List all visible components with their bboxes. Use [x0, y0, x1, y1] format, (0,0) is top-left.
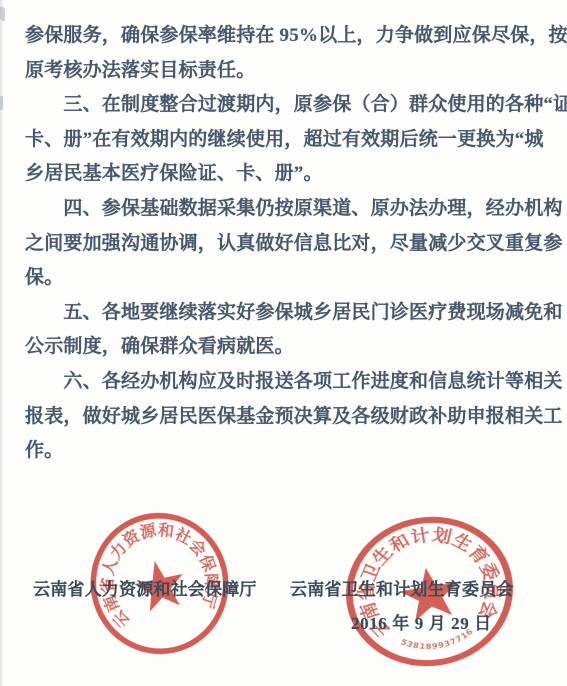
signature-date: 2016 年 9 月 29 日 [351, 609, 492, 634]
text-line: 参保服务，确保参保率维持在 95%以上，力争做到应保尽保，按照 [25, 19, 544, 54]
document-body: 参保服务，确保参保率维持在 95%以上，力争做到应保尽保，按照 原考核办法落实目… [25, 19, 544, 469]
text-line: 卡、册”在有效期内的继续使用，超过有效期后统一更换为“城 [25, 123, 544, 158]
text-line: 报表，做好城乡居民医保基金预决算及各级财政补助申报相关工 [25, 400, 544, 435]
text-line: 五、各地要继续落实好参保城乡居民门诊医疗费现场减免和 [25, 296, 544, 331]
document-page: 参保服务，确保参保率维持在 95%以上，力争做到应保尽保，按照 原考核办法落实目… [0, 0, 567, 686]
scan-artifact [0, 96, 3, 110]
signature-right-department: 云南省卫生和计划生育委员会 [290, 575, 514, 600]
text-line: 四、参保基础数据采集仍按原渠道、原办法办理，经办机构 [25, 192, 544, 227]
text-line: 保。 [25, 261, 544, 296]
text-line: 之间要加强沟通协调，认真做好信息比对，尽量减少交叉重复参 [25, 227, 544, 262]
text-line: 三、在制度整合过渡期内，原参保（合）群众使用的各种“证、 [25, 88, 544, 123]
scan-artifact [0, 6, 5, 23]
text-line: 乡居民基本医疗保险证、卡、册”。 [25, 157, 544, 192]
text-line: 原考核办法落实目标责任。 [25, 54, 544, 89]
signature-left-department: 云南省人力资源和社会保障厅 [33, 575, 257, 600]
text-line: 六、各经办机构应及时报送各项工作进度和信息统计等相关 [25, 365, 544, 400]
text-line: 作。 [25, 434, 544, 469]
text-line: 公示制度，确保群众看病就医。 [25, 330, 544, 365]
